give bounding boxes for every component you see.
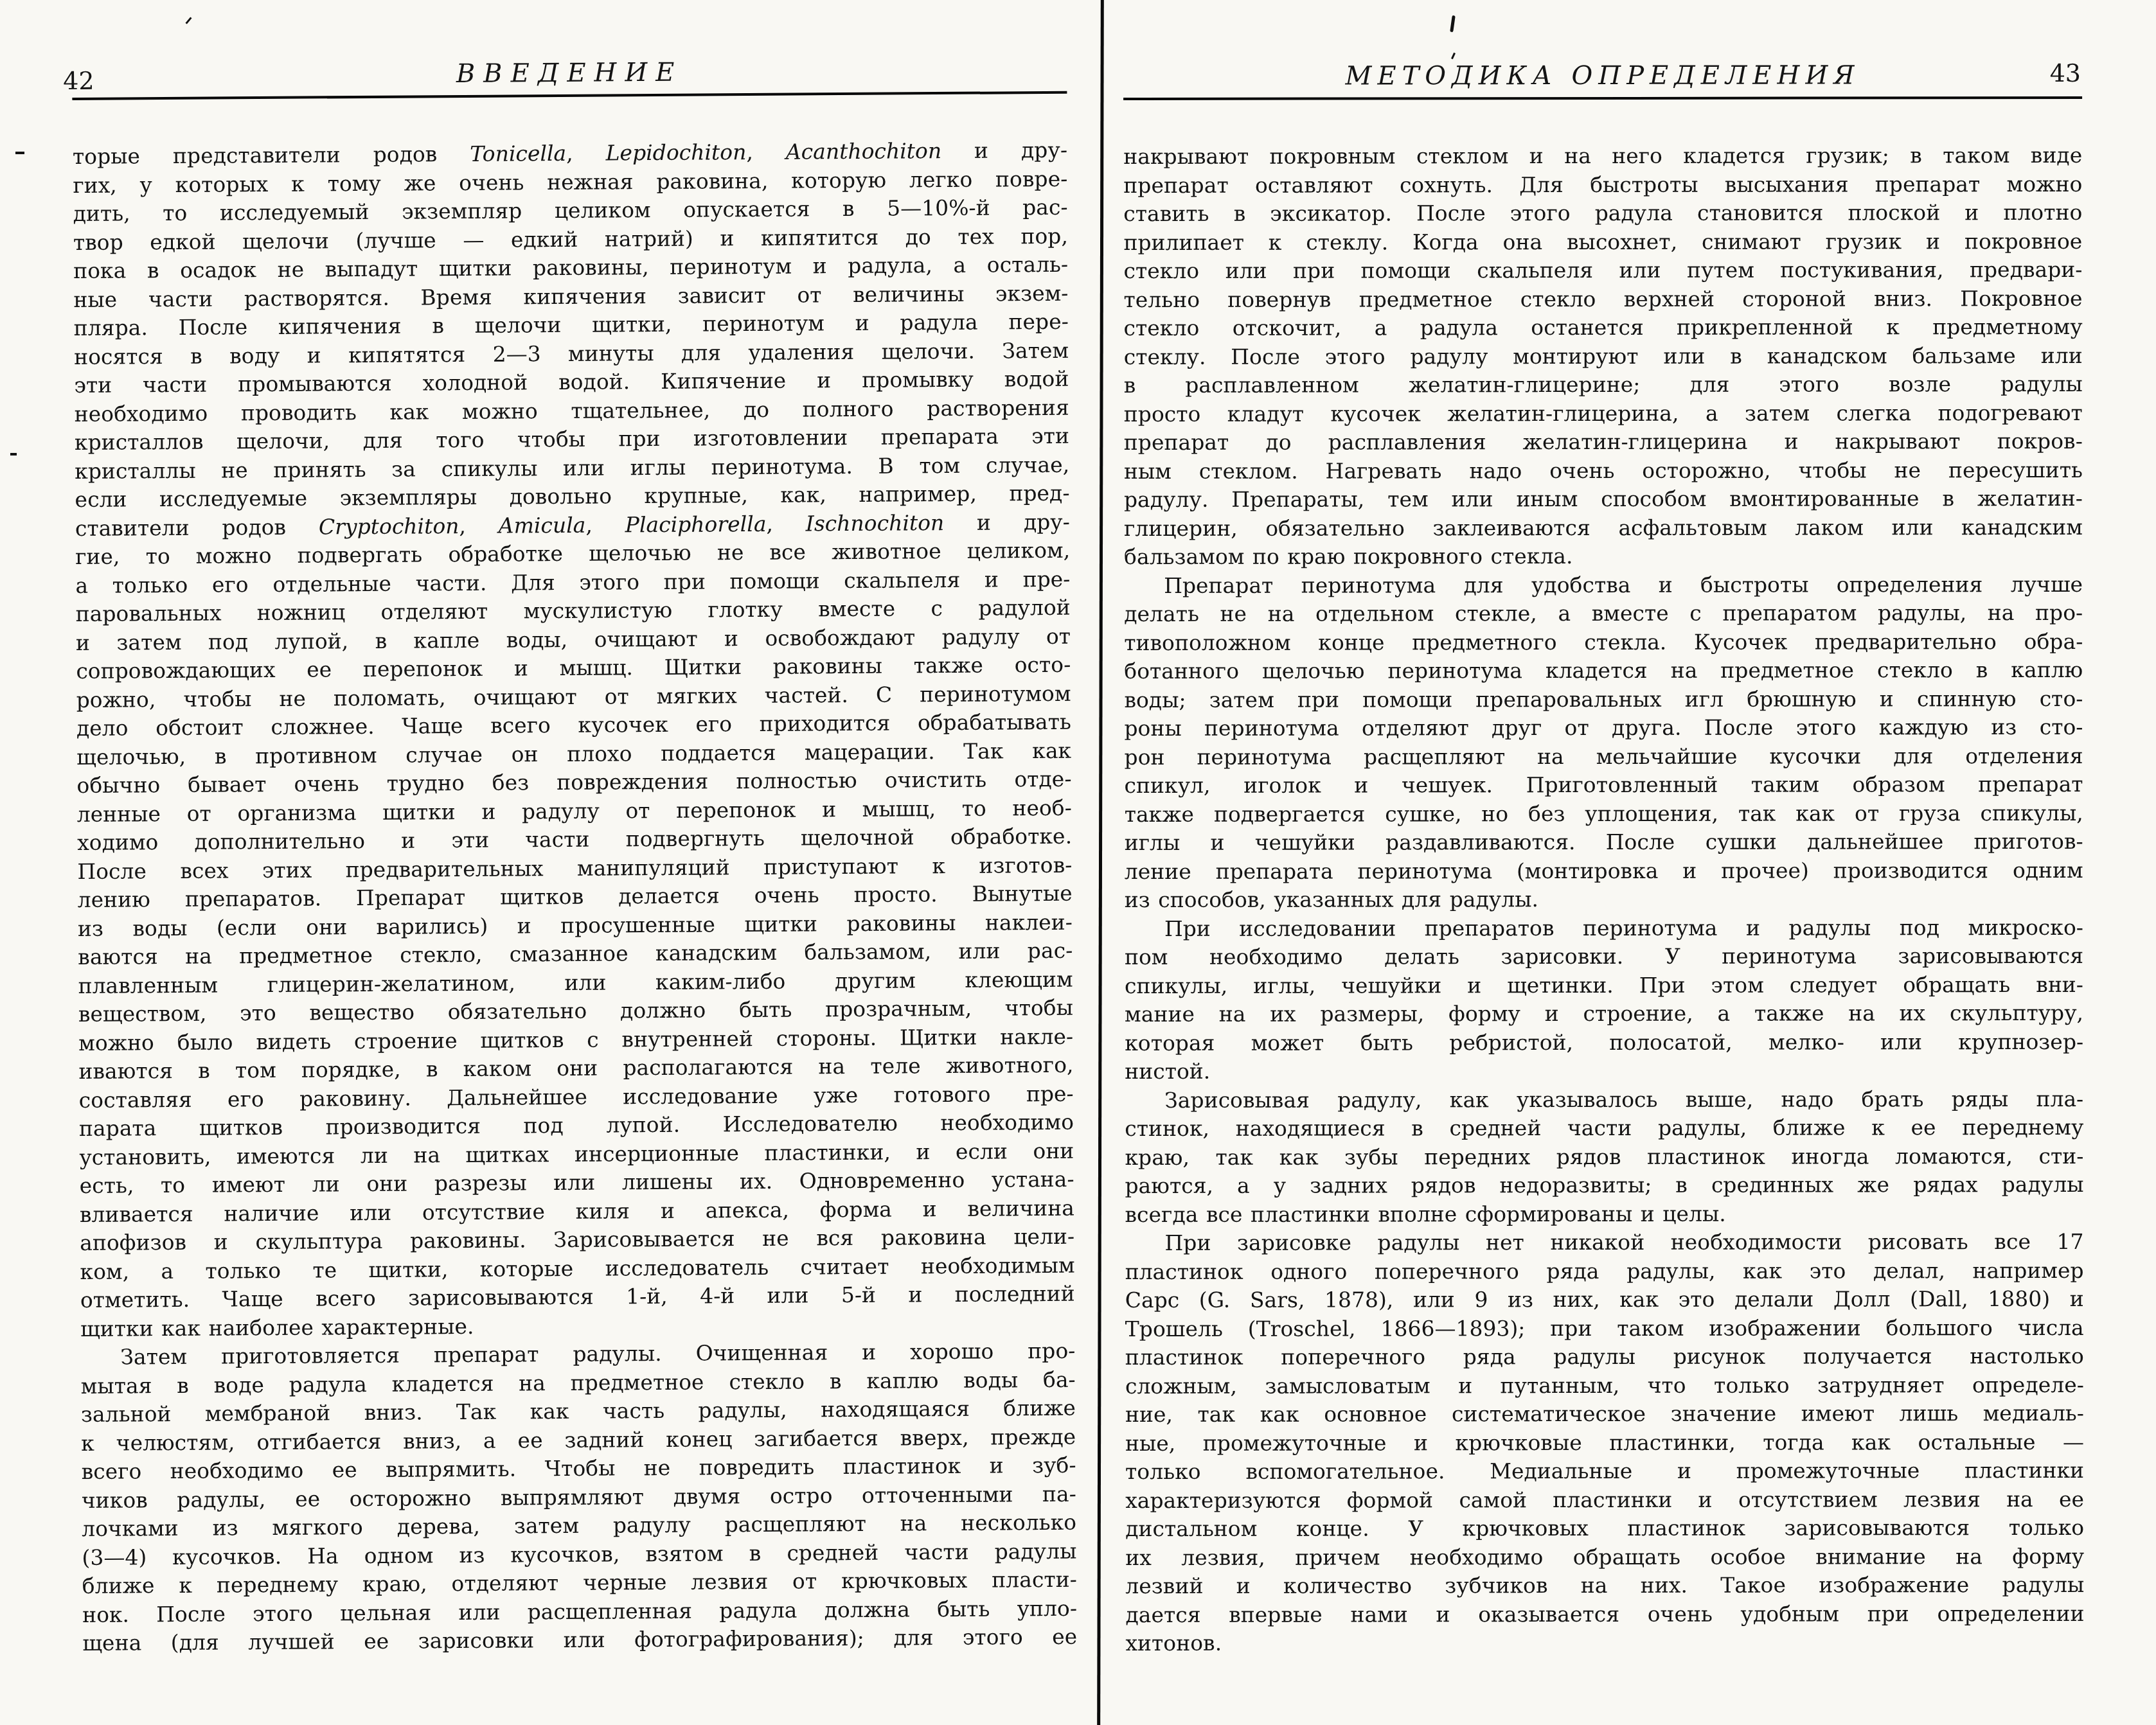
text-line: всегда все пластинки вполне сформированы… xyxy=(1125,1199,2083,1229)
text-line: Сарс (G. Sars, 1878), или 9 из них, как … xyxy=(1125,1285,2084,1315)
text-line: ным стеклом. Нагревать надо очень осторо… xyxy=(1124,456,2083,486)
text-line: При зарисовке радулы нет никакой необход… xyxy=(1125,1228,2084,1258)
book-spread-scan: 42 ВВЕДЕНИЕ торые представители родов To… xyxy=(0,0,2156,1725)
text-line: хитонов. xyxy=(1125,1628,2084,1658)
text-line: прилипает к стеклу. Когда она высохнет, … xyxy=(1123,227,2082,257)
text-line: накрывают покровным стеклом и на него кл… xyxy=(1123,141,2082,172)
text-line: глицерин, обязательно заклеиваются асфал… xyxy=(1124,513,2083,543)
text-line: в расплавленном желатин-глицерине; для э… xyxy=(1124,370,2083,400)
text-line: стеклу. После этого радулу монтируют или… xyxy=(1124,341,2083,371)
text-line: их лезвия, причем необходимо обращать ос… xyxy=(1125,1542,2084,1572)
text-line: которая может быть ребристой, полосатой,… xyxy=(1125,1027,2083,1057)
text-line: радулу. Препараты, тем или иным способом… xyxy=(1124,484,2083,515)
text-line: ботанного щелочью перинотума кладется на… xyxy=(1124,656,2083,686)
text-line: Зарисовывая радулу, как указывалось выше… xyxy=(1125,1084,2083,1115)
text-line: только вспомогательное. Медиальные и про… xyxy=(1125,1456,2084,1487)
page-number-left: 42 xyxy=(63,67,94,95)
page-left-body: торые представители родов Tonicella, Lep… xyxy=(73,136,1078,1658)
page-right: МЕТОДИКА ОПРЕДЕЛЕНИЯ 43 накрывают покров… xyxy=(1123,58,2084,1658)
text-line: ные, промежуточные и крючковые пластинки… xyxy=(1125,1428,2084,1458)
text-line: из способов, указанных для радулы. xyxy=(1125,885,2083,915)
text-line: характеризуются формой самой пластинки и… xyxy=(1125,1485,2084,1515)
text-line: роны перинотума отделяют друг от друга. … xyxy=(1124,713,2083,743)
text-line: тивоположном конце предметного стекла. К… xyxy=(1124,627,2083,657)
text-line: ление препарата перинотума (монтировка и… xyxy=(1125,856,2083,886)
text-line: также подвергается сушке, но без уплощен… xyxy=(1125,799,2083,829)
text-line: пластинок одного поперечного ряда радулы… xyxy=(1125,1256,2084,1286)
ink-speck xyxy=(185,17,192,24)
page-right-header: МЕТОДИКА ОПРЕДЕЛЕНИЯ 43 xyxy=(1123,58,2082,93)
page-gutter-divider xyxy=(1097,0,1104,1725)
page-left-header: 42 ВВЕДЕНИЕ xyxy=(72,53,1067,93)
page-number-right: 43 xyxy=(2050,59,2081,87)
text-line: препарат оставляют сохнуть. Для быстроты… xyxy=(1123,170,2082,200)
header-rule-left xyxy=(72,91,1067,100)
text-line: бальзамом по краю покровного стекла. xyxy=(1124,542,2083,572)
text-line: стекло отскочит, а радула останется прик… xyxy=(1124,313,2083,343)
text-line: ставить в эксикатор. После этого радула … xyxy=(1123,199,2082,229)
text-line: Препарат перинотума для удобства и быстр… xyxy=(1124,570,2083,600)
text-line: щена (для лучшей ее зарисовки или фотогр… xyxy=(82,1623,1077,1658)
text-line: При исследовании препаратов перинотума и… xyxy=(1125,913,2083,943)
text-line: Трошель (Troschel, 1866—1893); при таком… xyxy=(1125,1313,2084,1343)
ink-speck xyxy=(1450,15,1456,32)
text-line: воды; затем при помощи препаровальных иг… xyxy=(1124,684,2083,714)
ink-speck xyxy=(15,152,24,154)
text-line: пластинок поперечного ряда радулы рисуно… xyxy=(1125,1342,2084,1372)
text-line: иглы и чешуйки раздавливаются. После суш… xyxy=(1125,827,2083,858)
text-line: краю, так как зубы передних рядов пласти… xyxy=(1125,1142,2083,1172)
text-line: спикул, иголок и чешуек. Приготовленный … xyxy=(1125,770,2083,801)
text-line: мание на их размеры, форму и строение, а… xyxy=(1125,999,2083,1029)
text-line: ние, так как основное систематическое зн… xyxy=(1125,1399,2084,1429)
text-line: лезвий и количество зубчиков на них. Так… xyxy=(1125,1571,2084,1601)
text-line: дистальном конце. У крючковых пластинок … xyxy=(1125,1514,2084,1544)
text-line: препарат до расплавления желатин-глицери… xyxy=(1124,427,2083,457)
text-line: раются, а у задних рядов недоразвиты; в … xyxy=(1125,1171,2083,1201)
text-line: просто кладут кусочек желатин-глицерина,… xyxy=(1124,398,2083,429)
page-right-body: накрывают покровным стеклом и на него кл… xyxy=(1123,141,2084,1658)
running-head-right: МЕТОДИКА ОПРЕДЕЛЕНИЯ xyxy=(1123,58,2082,91)
text-line: дается впервые нами и оказывается очень … xyxy=(1125,1599,2084,1629)
running-head-left: ВВЕДЕНИЕ xyxy=(72,53,1067,91)
ink-speck xyxy=(10,453,17,456)
page-left: 42 ВВЕДЕНИЕ торые представители родов To… xyxy=(72,53,1077,1658)
text-line: тельно повернув предметное стекло верхне… xyxy=(1123,284,2082,314)
text-line: рон перинотума расщепляют на мельчайшие … xyxy=(1124,741,2083,772)
text-line: стекло или при помощи скальпеля или путе… xyxy=(1123,256,2082,286)
text-line: стинок, находящиеся в средней части раду… xyxy=(1125,1113,2083,1144)
text-line: делать не на отдельном стекле, а вместе … xyxy=(1124,599,2083,629)
text-line: нистой. xyxy=(1125,1056,2083,1086)
header-rule-right xyxy=(1123,96,2082,100)
text-line: спикулы, иглы, чешуйки и щетинки. При эт… xyxy=(1125,970,2083,1000)
text-line: пом необходимо делать зарисовки. У перин… xyxy=(1125,942,2083,972)
text-line: сложным, замысловатым и путанным, что то… xyxy=(1125,1370,2084,1401)
